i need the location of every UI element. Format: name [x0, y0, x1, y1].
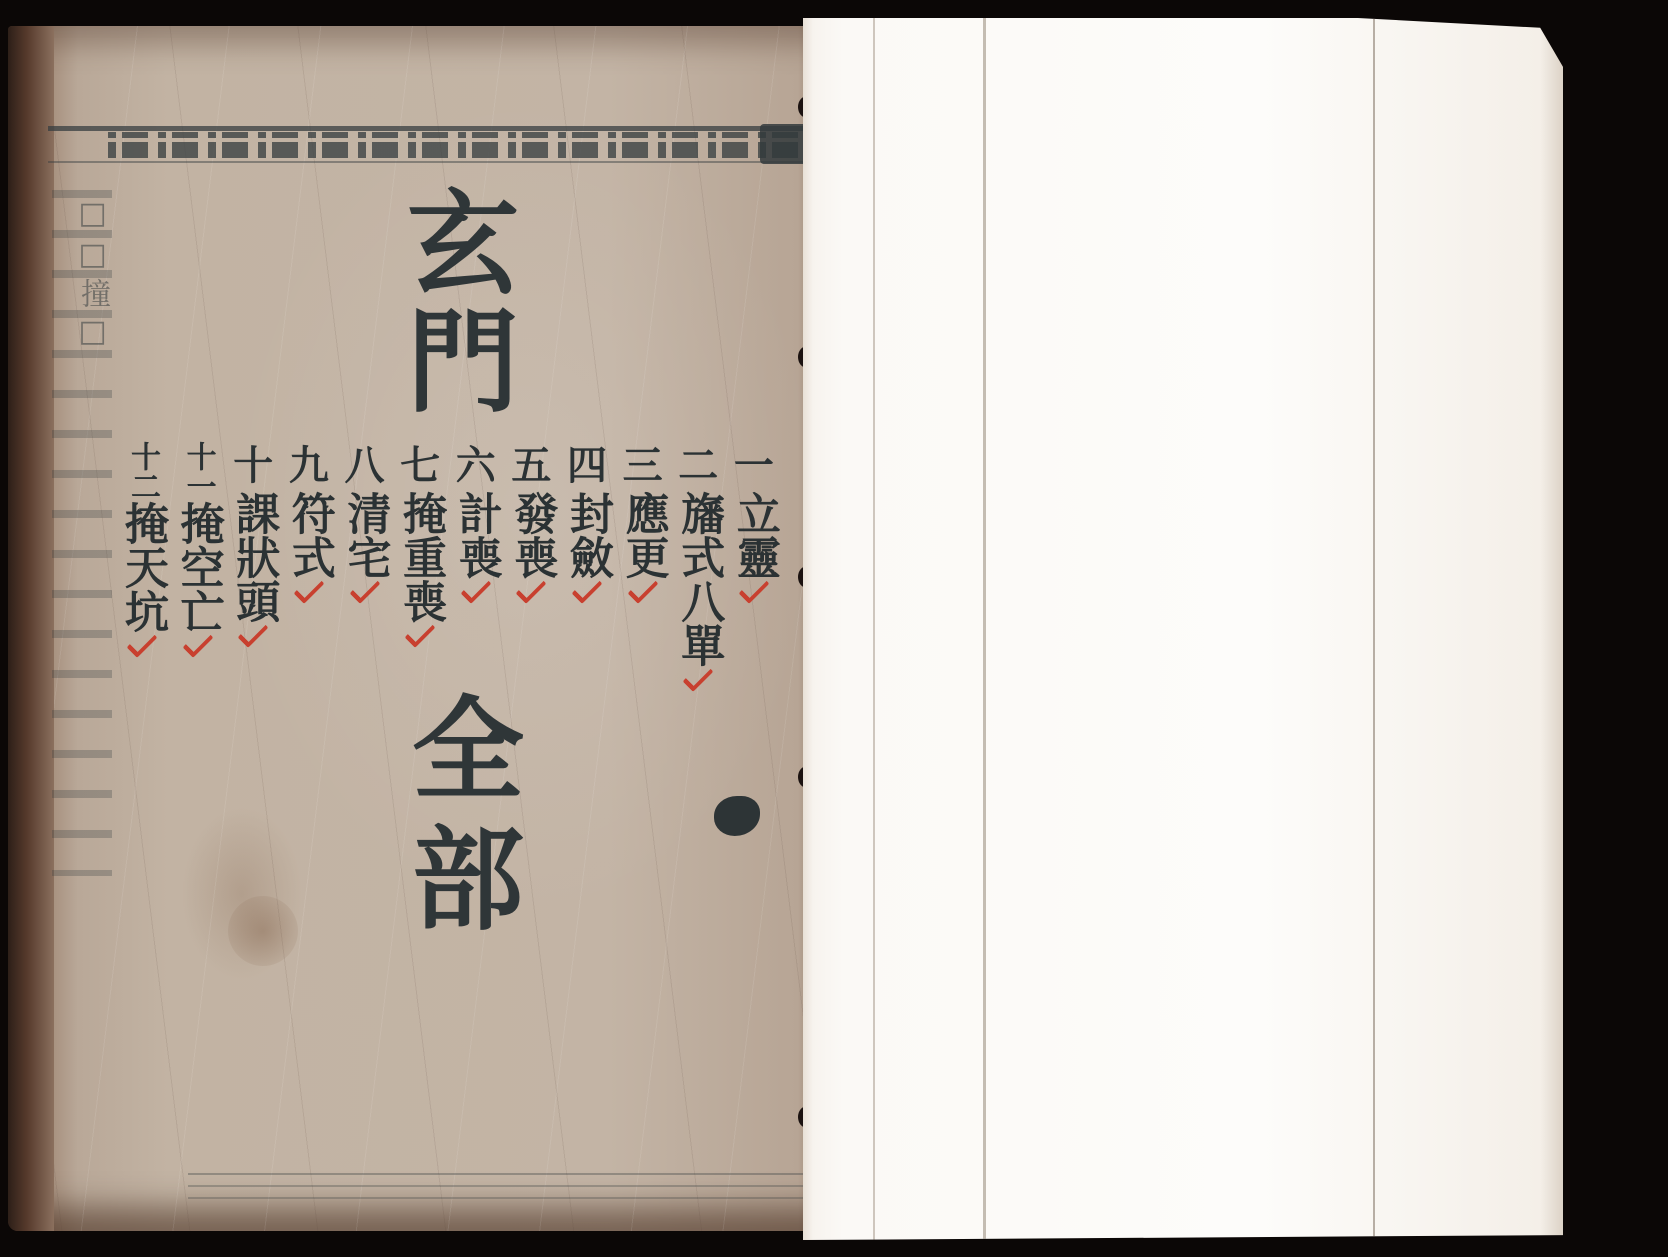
- page-fold-line: [983, 18, 986, 1240]
- toc-item: 五 發喪: [507, 441, 555, 701]
- toc-number: 十二: [125, 441, 159, 501]
- meander-pattern: [108, 132, 818, 158]
- side-label-text: □□撞□: [70, 196, 114, 355]
- toc-title: 符式: [282, 491, 336, 579]
- toc-number: 一: [734, 441, 774, 491]
- title-char-1: 玄: [407, 186, 519, 304]
- subtitle-char-1: 全: [412, 686, 524, 816]
- toc-item: 十二 掩天坑: [118, 441, 166, 701]
- toc-number: 四: [567, 441, 607, 491]
- spine-edge: [8, 26, 54, 1231]
- toc-number: 九: [289, 441, 329, 491]
- book-cover: □□撞□ 玄 門 一 立靈 二 旛式八單 三 應更: [8, 26, 843, 1231]
- toc-number: 二: [678, 441, 718, 491]
- toc-title: 清宅: [338, 491, 392, 579]
- ink-blot: [714, 796, 760, 836]
- toc-title: 封斂: [560, 491, 614, 579]
- toc-title: 掩重喪: [393, 491, 447, 623]
- decorative-bottom-border: [188, 1165, 823, 1205]
- page-fold-line: [873, 18, 875, 1240]
- toc-item: 四 封斂: [563, 441, 611, 701]
- decorative-top-border: [48, 116, 838, 166]
- toc-item: 八 清宅: [341, 441, 389, 701]
- toc-title: 應更: [616, 491, 670, 579]
- toc-number: 六: [456, 441, 496, 491]
- toc-title: 立靈: [727, 491, 781, 579]
- toc-title: 課狀頭: [226, 491, 280, 623]
- toc-number: 五: [511, 441, 551, 491]
- toc-title: 掩空亡: [171, 501, 225, 633]
- toc-title: 旛式八單: [671, 491, 725, 667]
- toc-item: 十一 掩空亡: [174, 441, 222, 701]
- paper-stain: [228, 896, 298, 966]
- scanned-book-spread: □□撞□ 玄 門 一 立靈 二 旛式八單 三 應更: [0, 0, 1668, 1257]
- toc-title: 計喪: [449, 491, 503, 579]
- toc-number: 八: [345, 441, 385, 491]
- toc-item: 三 應更: [619, 441, 667, 701]
- toc-title: 發喪: [504, 491, 558, 579]
- subtitle-char-2: 部: [412, 816, 524, 946]
- border-line: [48, 126, 838, 131]
- book-title: 玄 門: [403, 186, 523, 422]
- side-title-label: □□撞□: [52, 176, 112, 876]
- toc-item: 一 立靈: [730, 441, 778, 701]
- toc-item: 十 課狀頭: [229, 441, 277, 701]
- border-line: [48, 161, 838, 163]
- title-char-2: 門: [407, 304, 519, 422]
- toc-number: 三: [623, 441, 663, 491]
- toc-item: 七 掩重喪: [396, 441, 444, 701]
- toc-item: 二 旛式八單: [674, 441, 722, 701]
- toc-item: 六 計喪: [452, 441, 500, 701]
- page-fold-line: [1373, 18, 1375, 1240]
- toc-number: 十一: [181, 441, 215, 501]
- table-of-contents: 一 立靈 二 旛式八單 三 應更 四 封斂 五 發喪: [118, 441, 778, 701]
- toc-number: 十: [233, 441, 273, 491]
- toc-item: 九 符式: [285, 441, 333, 701]
- toc-number: 七: [400, 441, 440, 491]
- blank-page: [803, 18, 1563, 1240]
- toc-title: 掩天坑: [115, 501, 169, 633]
- book-subtitle: 全 部: [403, 686, 533, 946]
